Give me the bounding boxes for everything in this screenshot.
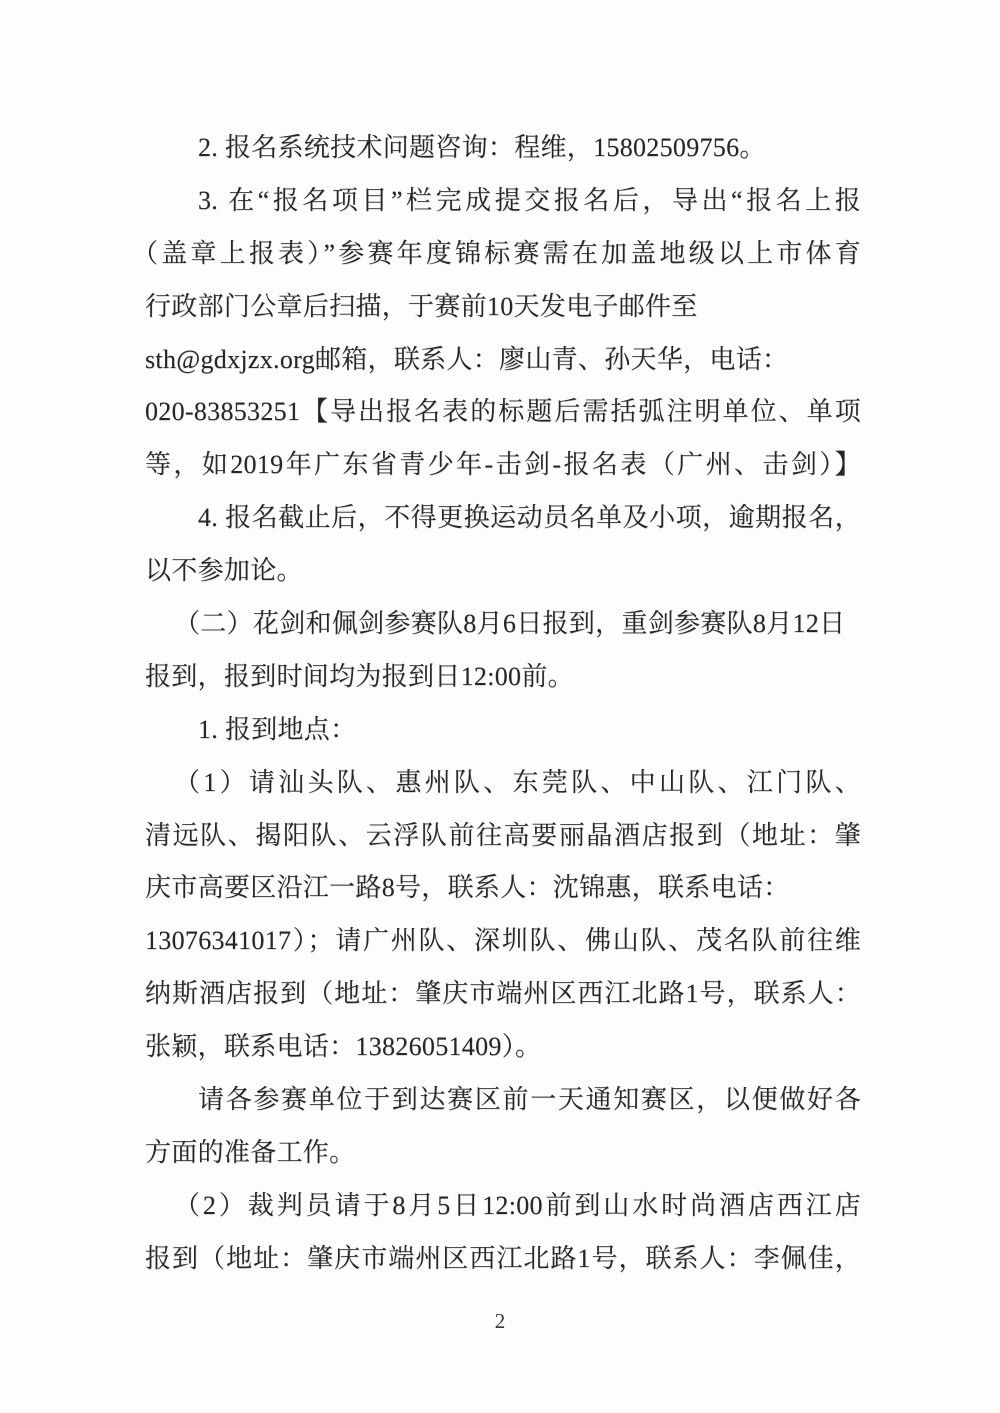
text-line: 清远队、揭阳队、云浮队前往高要丽晶酒店报到（地址：肇 <box>145 810 861 863</box>
text-line: 1. 报到地点： <box>145 704 861 757</box>
text-line: 020-83853251【导出报名表的标题后需括弧注明单位、单项 <box>145 386 861 439</box>
text-line: 方面的准备工作。 <box>145 1127 861 1180</box>
text-line: 张颖，联系电话：13826051409）。 <box>145 1021 861 1074</box>
text-line: 2. 报名系统技术问题咨询：程维，15802509756。 <box>145 122 861 175</box>
text-line: 13076341017）；请广州队、深圳队、佛山队、茂名队前往维 <box>145 915 861 968</box>
text-line: 庆市高要区沿江一路8号，联系人：沈锦惠，联系电话： <box>145 862 861 915</box>
text-line: 报到，报到时间均为报到日12:00前。 <box>145 651 861 704</box>
text-line: （二）花剑和佩剑参赛队8月6日报到，重剑参赛队8月12日 <box>145 598 861 651</box>
text-line: 纳斯酒店报到（地址：肇庆市端州区西江北路1号，联系人： <box>145 968 861 1021</box>
text-line: 4. 报名截止后，不得更换运动员名单及小项，逾期报名， <box>145 492 861 545</box>
text-line: 3. 在“报名项目”栏完成提交报名后，导出“报名上报 <box>145 175 861 228</box>
text-line: 等，如2019年广东省青少年-击剑-报名表（广州、击剑）】 <box>145 439 861 492</box>
text-line: 请各参赛单位于到达赛区前一天通知赛区，以便做好各 <box>145 1074 861 1127</box>
text-line: （2）裁判员请于8月5日12:00前到山水时尚酒店西江店 <box>145 1180 861 1233</box>
text-line: （1）请汕头队、惠州队、东莞队、中山队、江门队、 <box>145 757 861 810</box>
text-line: 报到（地址：肇庆市端州区西江北路1号，联系人：李佩佳， <box>145 1233 861 1286</box>
text-line: sth@gdxjzx.org邮箱，联系人：廖山青、孙天华，电话： <box>145 334 861 387</box>
text-line: 行政部门公章后扫描，于赛前10天发电子邮件至 <box>145 281 861 334</box>
document-page: 2. 报名系统技术问题咨询：程维，15802509756。 3. 在“报名项目”… <box>0 0 1000 1413</box>
text-line: 以不参加论。 <box>145 545 861 598</box>
text-line: （盖章上报表）”参赛年度锦标赛需在加盖地级以上市体育 <box>145 228 861 281</box>
page-number: 2 <box>0 1309 1000 1334</box>
document-body: 2. 报名系统技术问题咨询：程维，15802509756。 3. 在“报名项目”… <box>145 122 861 1286</box>
